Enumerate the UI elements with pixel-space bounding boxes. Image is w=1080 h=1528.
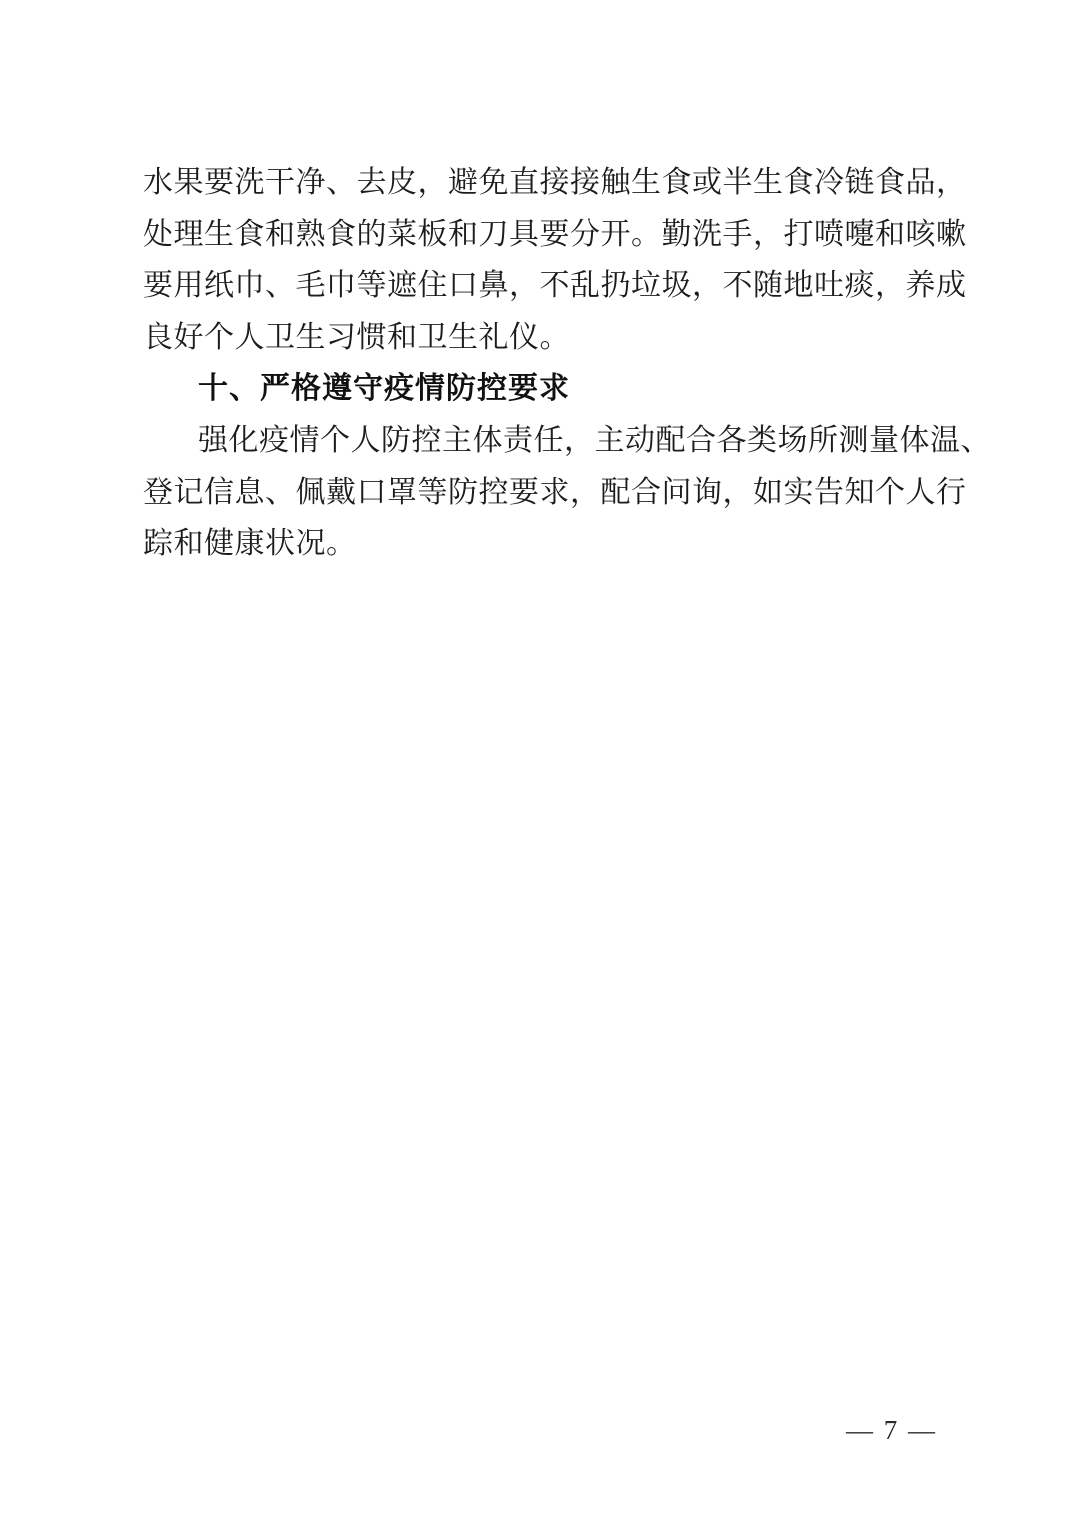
paragraph-epidemic-prevention: 强化疫情个人防控主体责任，主动配合各类场所测量体温、 登记信息、佩戴口罩等防控要… bbox=[143, 415, 937, 570]
body-text-line: 处理生食和熟食的菜板和刀具要分开。勤洗手，打喷嚏和咳嗽 bbox=[143, 209, 937, 261]
body-text-line: 良好个人卫生习惯和卫生礼仪。 bbox=[143, 312, 937, 364]
body-text-line: 水果要洗干净、去皮，避免直接接触生食或半生食冷链食品， bbox=[143, 157, 937, 209]
document-page: 水果要洗干净、去皮，避免直接接触生食或半生食冷链食品， 处理生食和熟食的菜板和刀… bbox=[0, 0, 1080, 1528]
body-text-line: 登记信息、佩戴口罩等防控要求，配合问询，如实告知个人行 bbox=[143, 467, 937, 519]
body-text-line: 强化疫情个人防控主体责任，主动配合各类场所测量体温、 bbox=[143, 415, 937, 467]
body-text-line: 要用纸巾、毛巾等遮住口鼻，不乱扔垃圾，不随地吐痰，养成 bbox=[143, 260, 937, 312]
paragraph-hygiene: 水果要洗干净、去皮，避免直接接触生食或半生食冷链食品， 处理生食和熟食的菜板和刀… bbox=[143, 157, 937, 363]
document-body: 水果要洗干净、去皮，避免直接接触生食或半生食冷链食品， 处理生食和熟食的菜板和刀… bbox=[143, 157, 937, 570]
body-text-line: 踪和健康状况。 bbox=[143, 518, 937, 570]
page-number: — 7 — bbox=[846, 1415, 937, 1445]
section-heading: 十、严格遵守疫情防控要求 bbox=[143, 363, 937, 415]
